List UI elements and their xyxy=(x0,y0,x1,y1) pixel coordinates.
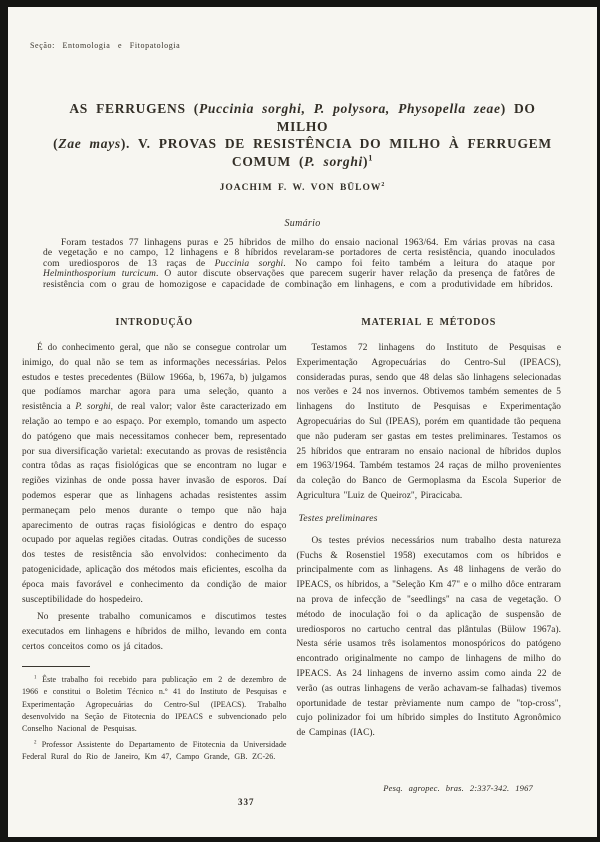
footnote-reference-2: 2 xyxy=(381,182,385,188)
footnote-1: 1 Êste trabalho foi recebido para public… xyxy=(22,674,287,736)
two-column-body: INTRODUÇÃO É do conhecimento geral, que … xyxy=(22,317,561,764)
article-title: AS FERRUGENS (Puccinia sorghi, P. polyso… xyxy=(48,100,557,170)
methods-paragraph-2: Os testes prévios necessários num trabal… xyxy=(297,534,562,741)
species-name-italic: Helminthosporium turcicum xyxy=(43,269,156,279)
introduction-heading: INTRODUÇÃO xyxy=(22,317,287,328)
text-segment: ). V. PROVAS DE RESISTÊNCIA DO MILHO À F… xyxy=(121,136,552,151)
page-number: 337 xyxy=(238,797,255,807)
text-segment: COMUM ( xyxy=(232,154,304,169)
title-line-1: AS FERRUGENS (Puccinia sorghi, P. polyso… xyxy=(48,100,557,135)
footnote-text: Professor Assistente do Departamento de … xyxy=(22,740,287,761)
footnote-2: 2 Professor Assistente do Departamento d… xyxy=(22,739,287,764)
subsection-heading: Testes preliminares xyxy=(299,513,562,524)
summary-paragraph: Foram testados 77 linhagens puras e 25 h… xyxy=(43,238,555,290)
footnote-reference-1: 1 xyxy=(368,153,373,162)
title-line-2: (Zae mays). V. PROVAS DE RESISTÊNCIA DO … xyxy=(48,135,557,153)
species-name-italic: P. sorghi xyxy=(75,402,110,412)
left-column: INTRODUÇÃO É do conhecimento geral, que … xyxy=(22,317,287,764)
journal-reference: Pesq. agropec. bras. 2:337-342. 1967 xyxy=(383,783,533,793)
title-line-3: COMUM (P. sorghi)1 xyxy=(48,153,557,171)
species-name-italic: Puccinia sorghi, P. polysora, Physopella… xyxy=(199,101,501,116)
species-name-italic: Puccinia sorghi xyxy=(215,259,284,269)
methods-heading: MATERIAL E MÉTODOS xyxy=(297,317,562,328)
section-label: Seção: Entomologia e Fitopatologia xyxy=(30,41,597,50)
methods-paragraph-1: Testamos 72 linhagens do Instituto de Pe… xyxy=(297,341,562,504)
text-segment: . No campo foi feito também a leitura do… xyxy=(283,259,555,269)
scanned-paper-page: Seção: Entomologia e Fitopatologia AS FE… xyxy=(8,7,597,837)
species-name-italic: Zae mays xyxy=(58,136,120,151)
text-segment: , de real valor; valor êste caracterizad… xyxy=(22,402,287,604)
footnote-separator-rule xyxy=(22,666,90,667)
summary-heading: Sumário xyxy=(8,218,597,229)
text-segment: AS FERRUGENS ( xyxy=(69,101,199,116)
introduction-paragraph-1: É do conhecimento geral, que não se cons… xyxy=(22,341,287,607)
right-column: MATERIAL E MÉTODOS Testamos 72 linhagens… xyxy=(297,317,562,741)
author-line: JOACHIM F. W. VON BÜLOW2 xyxy=(8,183,597,193)
introduction-paragraph-2: No presente trabalho comunicamos e discu… xyxy=(22,610,287,654)
author-name: JOACHIM F. W. VON BÜLOW xyxy=(220,183,382,193)
species-name-italic: P. sorghi xyxy=(304,154,363,169)
footnote-text: Êste trabalho foi recebido para publicaç… xyxy=(22,675,287,734)
